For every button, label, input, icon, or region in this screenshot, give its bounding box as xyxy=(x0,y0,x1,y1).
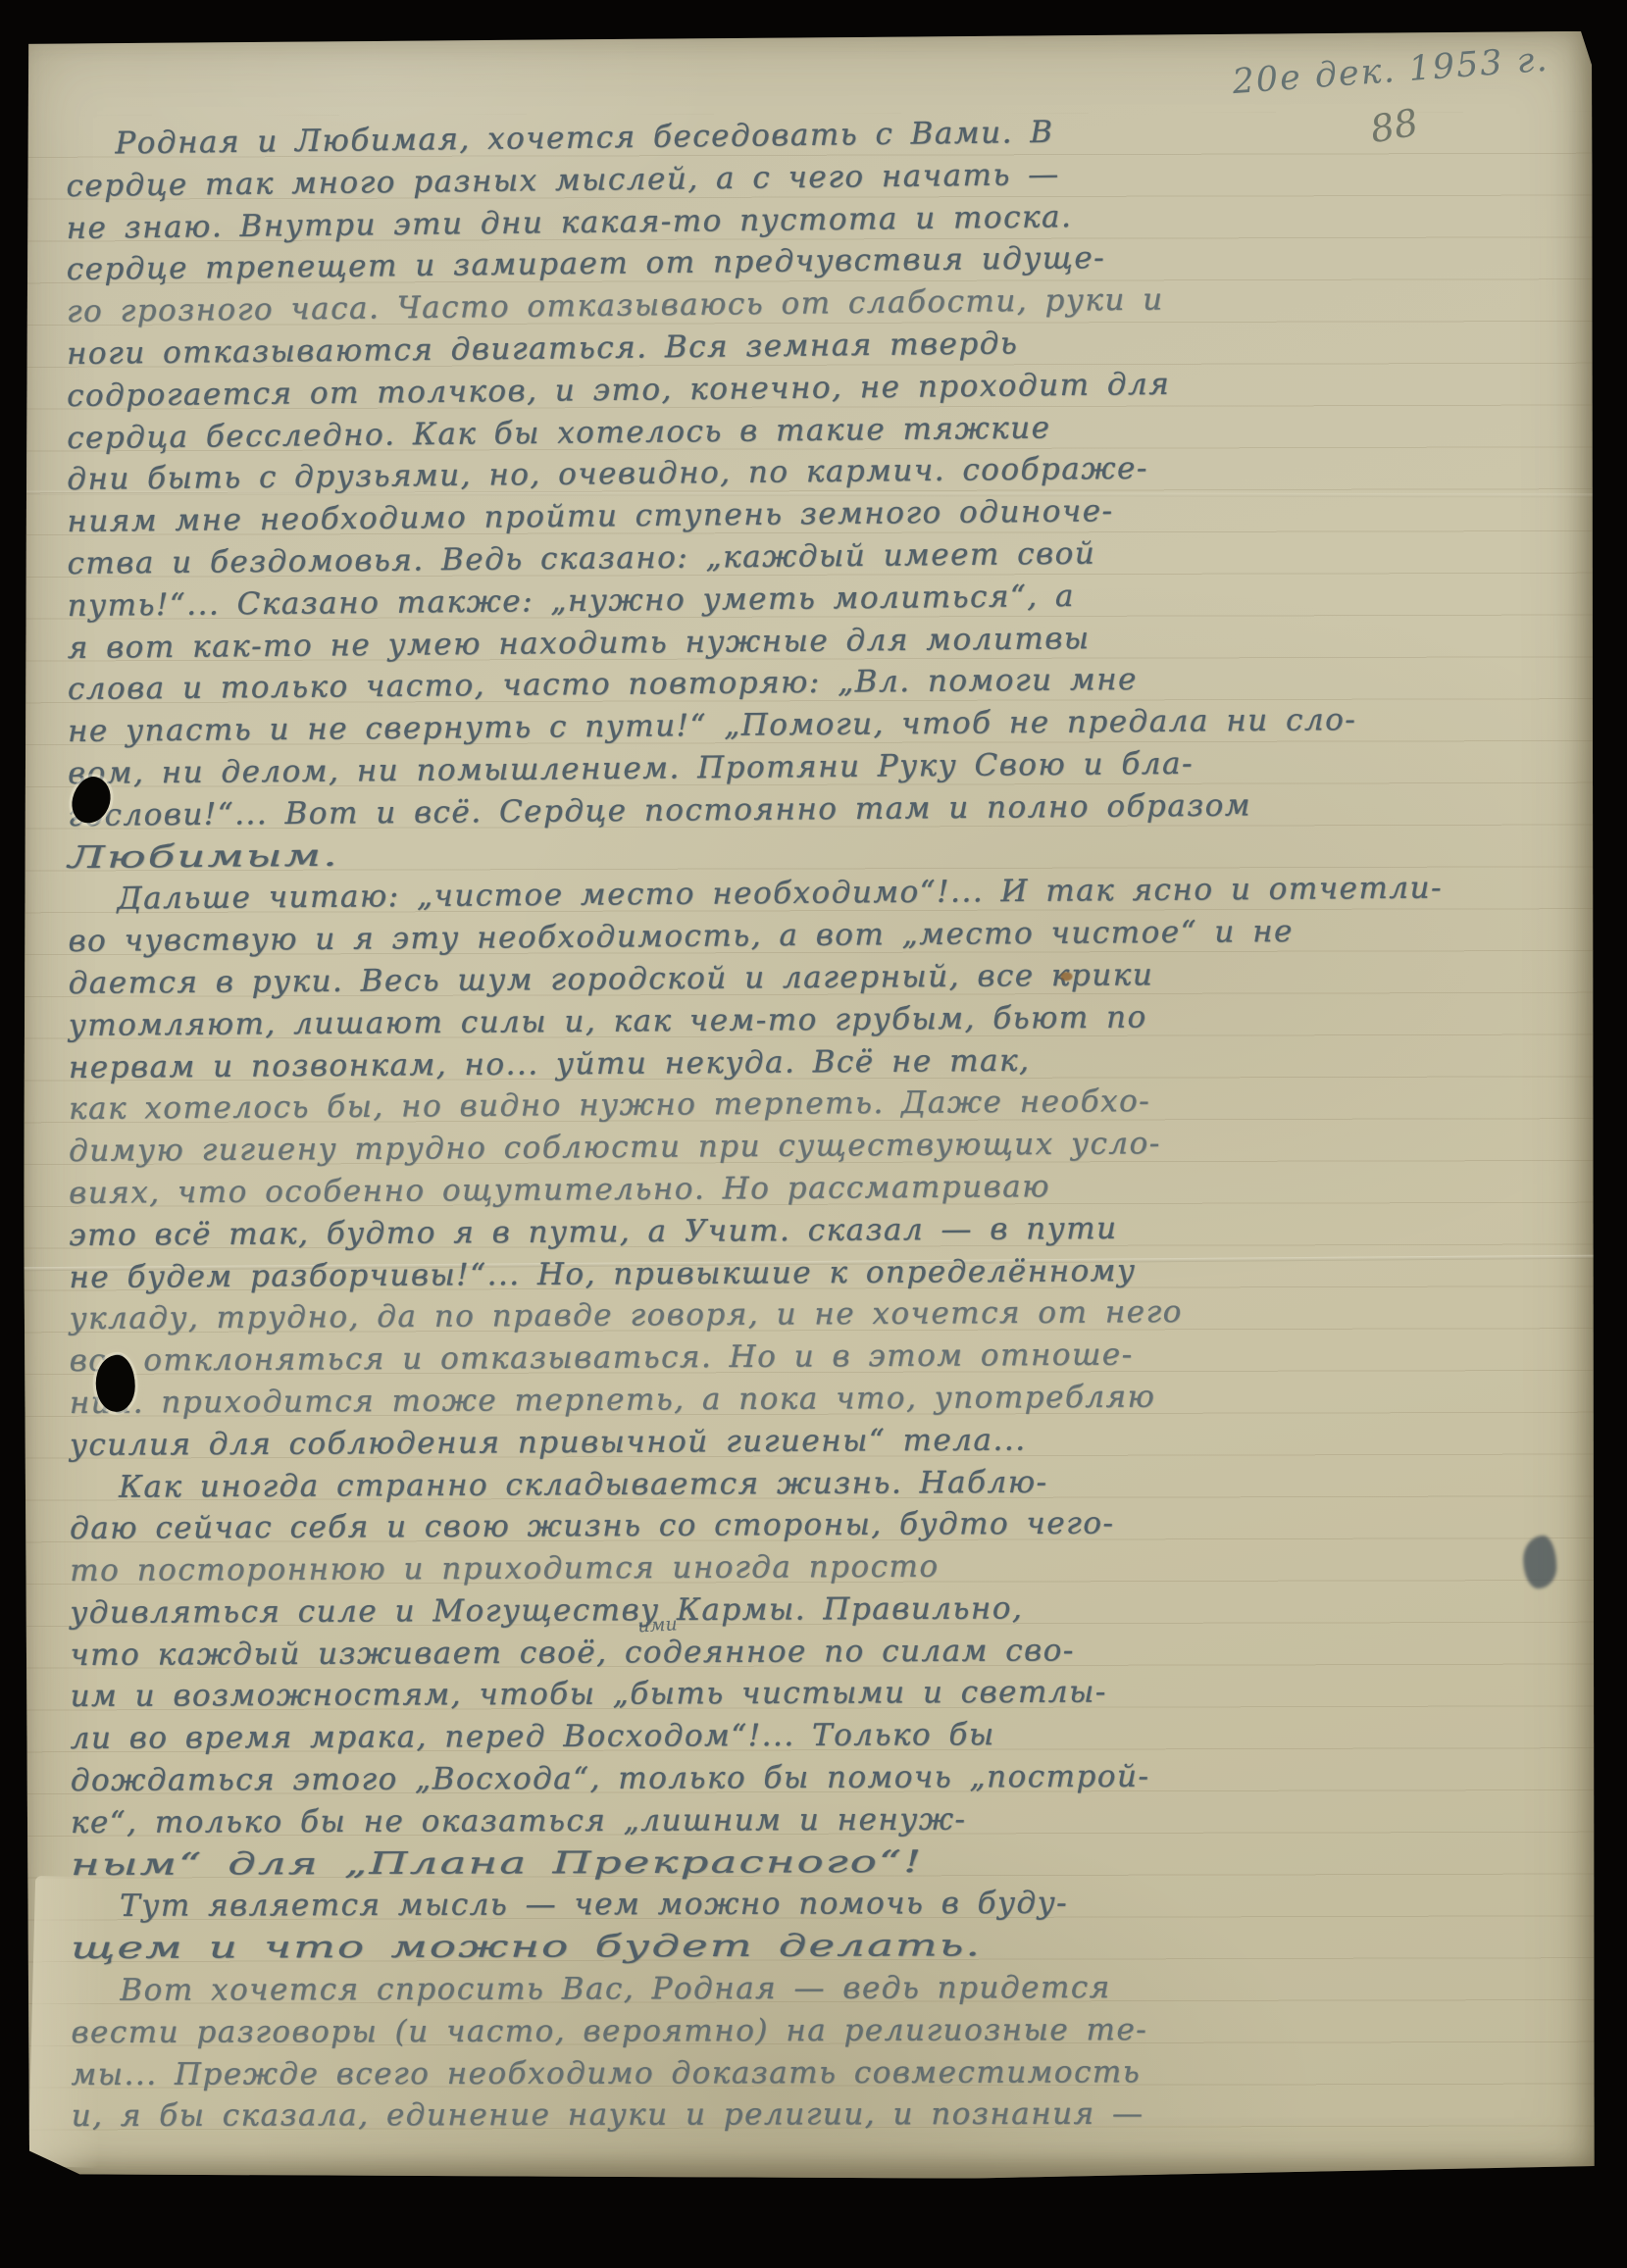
interlinear-insertion: ими xyxy=(637,1613,678,1637)
letter-line: и, я бы сказала, единение науки и религи… xyxy=(72,2092,1568,2138)
letter-paragraph: Тут является мысль — чем можно помочь в … xyxy=(71,1882,1567,1970)
letter-line: Вот хочется спросить Вас, Родная — ведь … xyxy=(71,1966,1567,2012)
punch-hole-bottom xyxy=(96,1355,135,1412)
letter-body: Родная и Любимая, хочется беседовать с В… xyxy=(66,120,1567,2138)
letter-line: им и возможностям, чтобы „быть чистыми и… xyxy=(70,1670,1566,1718)
letter-paragraph: Вот хочется спросить Вас, Родная — ведь … xyxy=(71,1966,1567,2138)
letter-line: мы... Прежде всего необходимо доказать с… xyxy=(72,2050,1568,2096)
letter-line: вести разговоры (и часто, вероятно) на р… xyxy=(71,2008,1567,2054)
letter-paragraph: Дальше читаю: „чистое место необходимо“!… xyxy=(68,875,1566,1466)
letter-line: щем и что можно будет делать. xyxy=(71,1922,1627,1970)
letter-line: ным“ для „Плана Прекрасного“! xyxy=(71,1837,1627,1887)
letter-line: даю сейчас себя и свою жизнь со стороны,… xyxy=(70,1501,1566,1551)
letter-line: дождаться этого „Восхода“, только бы пом… xyxy=(71,1754,1567,1802)
letter-paragraph: Как иногда странно складывается жизнь. Н… xyxy=(70,1462,1567,1886)
letter-line: ке“, только бы не оказаться „лишним и не… xyxy=(71,1796,1567,1843)
letter-page: 20е дек. 1953 г. 88 Родная и Любимая, хо… xyxy=(21,31,1598,2181)
scan-background: 20е дек. 1953 г. 88 Родная и Любимая, хо… xyxy=(0,0,1627,2268)
date-annotation: 20е дек. 1953 г. xyxy=(1231,40,1550,102)
letter-line: удивляться силе и Могуществу Кармы. Прав… xyxy=(70,1586,1566,1635)
letter-line: ли во время мрака, перед Восходом“!... Т… xyxy=(71,1712,1567,1760)
letter-line: усилия для соблюдения привычной гигиены“… xyxy=(70,1416,1566,1466)
letter-line: Тут является мысль — чем можно помочь в … xyxy=(71,1882,1567,1929)
letter-line: что каждый изживает своё, содеянное по с… xyxy=(70,1628,1566,1677)
letter-line: то постороннюю и приходится иногда прост… xyxy=(70,1543,1566,1592)
letter-paragraph: Родная и Любимая, хочется беседовать с В… xyxy=(66,120,1564,879)
